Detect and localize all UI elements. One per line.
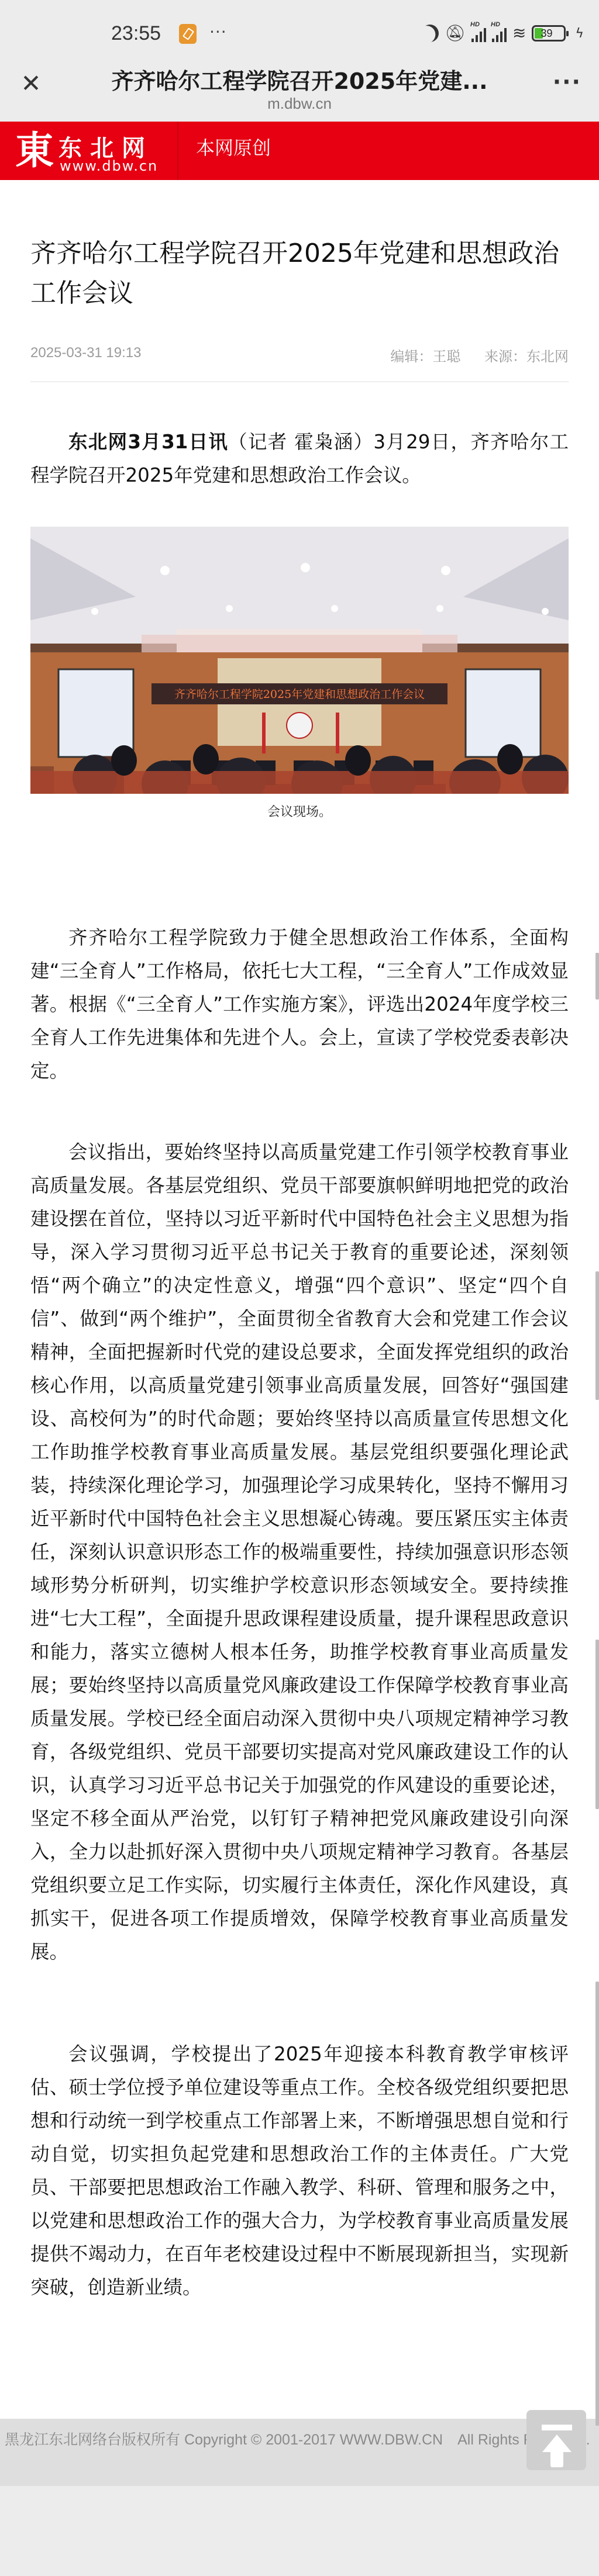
photo-caption: 会议现场。 bbox=[0, 802, 599, 820]
moon-icon bbox=[419, 22, 441, 44]
signal-hd-icon: HD bbox=[471, 25, 486, 42]
more-notifications-icon: ··· bbox=[209, 22, 227, 42]
dateline: 东北网3月31日讯 bbox=[68, 431, 228, 453]
page-url: m.dbw.cn bbox=[0, 95, 599, 113]
system-icons: 🔕︎ HD HD ≋ 39 ϟ bbox=[421, 25, 584, 42]
back-to-top-button[interactable] bbox=[526, 2410, 586, 2470]
bell-off-icon: 🔕︎ bbox=[445, 25, 466, 42]
source: 来源：东北网 bbox=[484, 349, 569, 365]
article-paragraph: 会议强调，学校提出了2025年迎接本科教育教学审核评估、硕士学位授予单位建设等重… bbox=[30, 2038, 569, 2304]
scrollbar[interactable] bbox=[595, 953, 599, 1000]
article-paragraph: 齐齐哈尔工程学院致力于健全思想政治工作体系，全面构建“三全育人”工作格局，依托七… bbox=[30, 921, 569, 1088]
editor: 编辑：王聪 bbox=[390, 349, 460, 365]
copyright: 黑龙江东北网络台版权所有 Copyright © 2001-2017 WWW.D… bbox=[5, 2428, 590, 2449]
divider bbox=[30, 381, 569, 382]
article-meta: 2025-03-31 19:13 编辑：王聪 来源：东北网 bbox=[30, 345, 569, 365]
lead-paragraph: 东北网3月31日讯（记者 霍枭涵）3月29日，齐齐哈尔工程学院召开2025年党建… bbox=[30, 426, 569, 492]
article: 齐齐哈尔工程学院召开2025年党建和思想政治工作会议 2025-03-31 19… bbox=[0, 180, 599, 2419]
logo-mark-icon: 東 bbox=[15, 130, 54, 171]
site-logo[interactable]: 東 东北网 www.dbw.cn bbox=[0, 122, 178, 180]
wifi-icon: ≋ bbox=[512, 25, 526, 42]
svg-text:齐齐哈尔工程学院2025年党建和思想政治工作会议: 齐齐哈尔工程学院2025年党建和思想政治工作会议 bbox=[174, 687, 425, 701]
footer: 黑龙江东北网络台版权所有 Copyright © 2001-2017 WWW.D… bbox=[0, 2419, 599, 2486]
signal-hd-icon: HD bbox=[492, 25, 507, 42]
scrollbar[interactable] bbox=[595, 1982, 599, 2426]
article-paragraph: 会议指出，要始终坚持以高质量党建工作引领学校教育事业高质量发展。各基层党组织、党… bbox=[30, 1136, 569, 1969]
browser-header: ✕ 齐齐哈尔工程学院召开2025年党建... m.dbw.cn ··· bbox=[0, 58, 599, 117]
more-menu-icon[interactable]: ··· bbox=[553, 69, 581, 95]
article-title: 齐齐哈尔工程学院召开2025年党建和思想政治工作会议 bbox=[30, 234, 569, 313]
status-bar: 23:55 ··· 🔕︎ HD HD ≋ 39 ϟ bbox=[0, 0, 599, 58]
scrollbar[interactable] bbox=[595, 1271, 599, 1400]
site-nav: 東 东北网 www.dbw.cn 本网原创 bbox=[0, 122, 599, 180]
logo-url: www.dbw.cn bbox=[60, 158, 158, 174]
battery-icon: 39 bbox=[532, 25, 566, 42]
nav-section-original[interactable]: 本网原创 bbox=[178, 122, 271, 180]
meeting-photo: 齐齐哈尔工程学院2025年党建和思想政治工作会议 bbox=[30, 527, 569, 794]
clock: 23:55 bbox=[111, 22, 161, 45]
publish-datetime: 2025-03-31 19:13 bbox=[30, 345, 142, 365]
scrollbar[interactable] bbox=[595, 1640, 599, 1809]
charging-bolt-icon: ϟ bbox=[575, 26, 584, 41]
app-notification-icon bbox=[179, 24, 197, 44]
close-icon[interactable]: ✕ bbox=[16, 69, 46, 98]
page-title: 齐齐哈尔工程学院召开2025年党建... bbox=[82, 63, 517, 95]
arrow-up-to-top-icon bbox=[542, 2425, 572, 2430]
